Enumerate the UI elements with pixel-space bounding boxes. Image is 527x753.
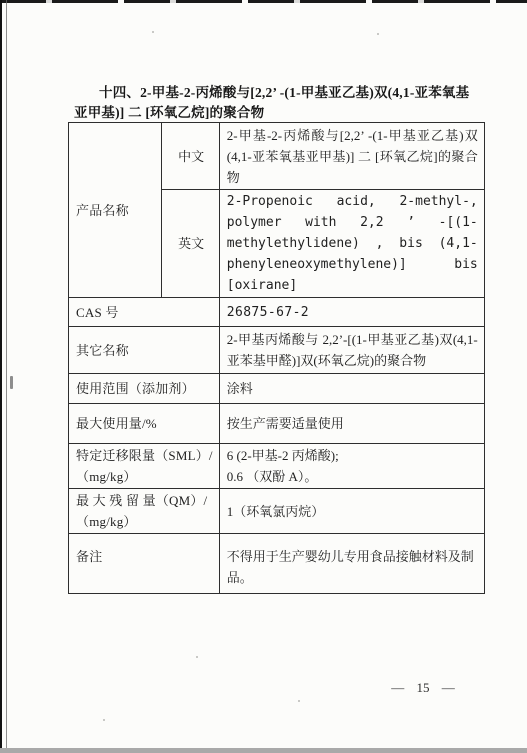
section-title: 十四、2-甲基-2-丙烯酸与[2,2’ -(1-甲基亚乙基)双(4,1-亚苯氧基…: [74, 83, 476, 123]
table-row-cas: CAS 号 26875-67-2: [69, 298, 485, 327]
chinese-name-value: 2-甲基-2-丙烯酸与[2,2’ -(1-甲基亚乙基)双(4,1-亚苯氧基亚甲基…: [219, 123, 484, 190]
max-use-value: 按生产需要适量使用: [219, 404, 484, 444]
table-row-scope: 使用范围（添加剂） 涂料: [69, 374, 485, 404]
scan-top-edge-line: [0, 0, 527, 3]
scan-speckle: [298, 700, 300, 702]
table-row-qm: 最 大 残 留 量（QM）/ （mg/kg） 1（环氧氯丙烷）: [69, 489, 485, 534]
remark-value: 不得用于生产婴幼儿专用食品接触材料及制品。: [219, 534, 484, 594]
scan-bottom-edge-band: [0, 748, 527, 753]
other-name-label: 其它名称: [69, 327, 220, 374]
page-number: — 15 —: [368, 680, 478, 696]
product-name-label: 产品名称: [69, 123, 162, 298]
scan-speckle: [377, 33, 379, 35]
qm-label: 最 大 残 留 量（QM）/ （mg/kg）: [69, 489, 220, 534]
table-row-remark: 备注 不得用于生产婴幼儿专用食品接触材料及制品。: [69, 534, 485, 594]
qm-value: 1（环氧氯丙烷）: [219, 489, 484, 534]
table-row-sml: 特定迁移限量（SML）/ （mg/kg） 6 (2-甲基-2 丙烯酸); 0.6…: [69, 444, 485, 489]
sml-label: 特定迁移限量（SML）/ （mg/kg）: [69, 444, 220, 489]
scan-speckle: [152, 31, 154, 33]
scan-left-edge-line-outer: [0, 0, 2, 753]
scan-tick-mark: [10, 376, 13, 389]
substance-spec-table: 产品名称 中文 2-甲基-2-丙烯酸与[2,2’ -(1-甲基亚乙基)双(4,1…: [68, 122, 485, 594]
remark-label: 备注: [69, 534, 220, 594]
cas-value: 26875-67-2: [219, 298, 484, 327]
max-use-label: 最大使用量/%: [69, 404, 220, 444]
scanned-document-page: 十四、2-甲基-2-丙烯酸与[2,2’ -(1-甲基亚乙基)双(4,1-亚苯氧基…: [0, 0, 527, 753]
scope-value: 涂料: [219, 374, 484, 404]
english-name-value: 2-Propenoic acid, 2-methyl-, polymer wit…: [219, 190, 484, 298]
scan-speckle: [103, 719, 105, 721]
cas-label: CAS 号: [69, 298, 220, 327]
scan-left-edge-line-inner: [6, 0, 7, 753]
table-row-other-name: 其它名称 2-甲基丙烯酸与 2,2’-[(1-甲基亚乙基)双(4,1-亚苯基甲醛…: [69, 327, 485, 374]
chinese-name-label: 中文: [162, 123, 219, 190]
table-row-product-name-zh: 产品名称 中文 2-甲基-2-丙烯酸与[2,2’ -(1-甲基亚乙基)双(4,1…: [69, 123, 485, 190]
sml-value: 6 (2-甲基-2 丙烯酸); 0.6 （双酚 A）。: [219, 444, 484, 489]
scan-speckle: [196, 656, 198, 658]
scope-label: 使用范围（添加剂）: [69, 374, 220, 404]
english-name-label: 英文: [162, 190, 219, 298]
other-name-value: 2-甲基丙烯酸与 2,2’-[(1-甲基亚乙基)双(4,1-亚苯基甲醛)]双(环…: [219, 327, 484, 374]
table-row-max-use: 最大使用量/% 按生产需要适量使用: [69, 404, 485, 444]
